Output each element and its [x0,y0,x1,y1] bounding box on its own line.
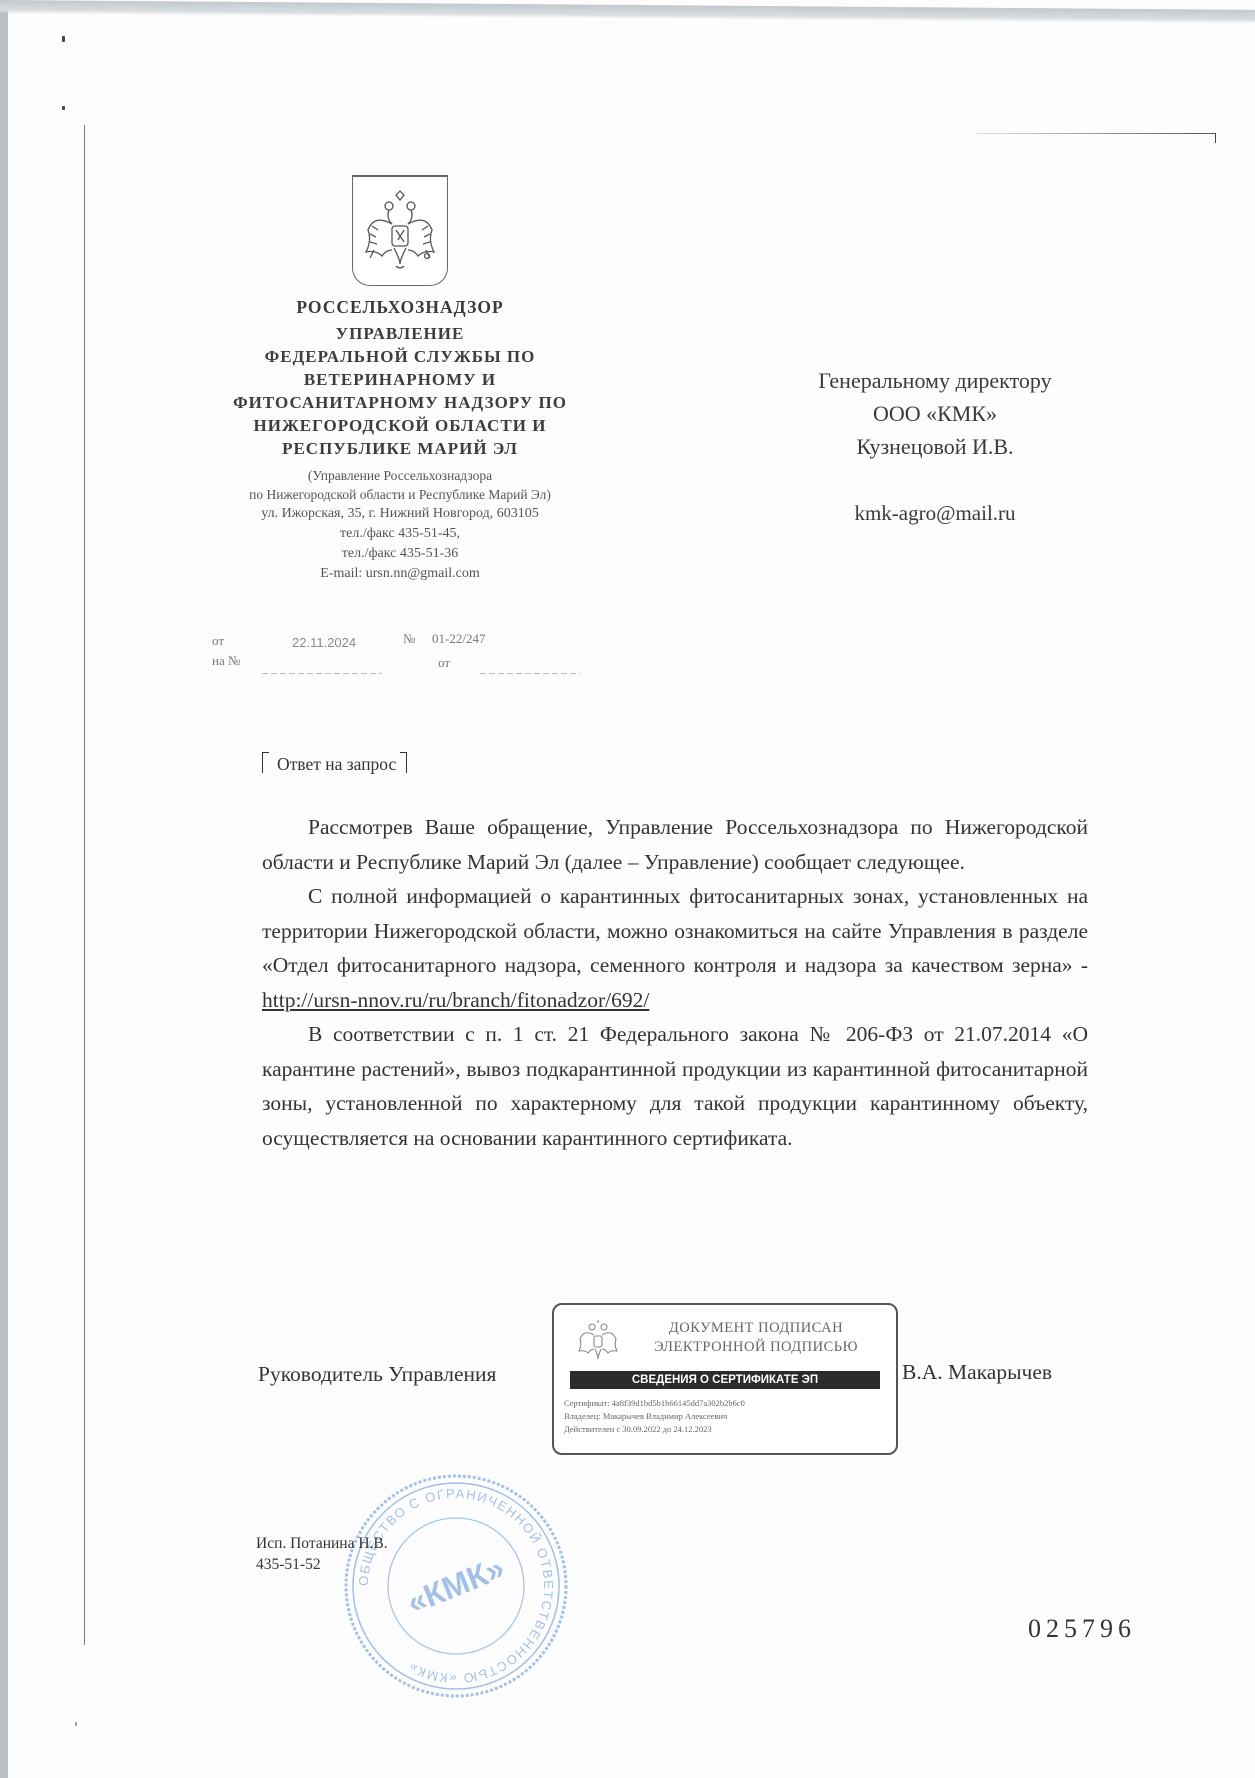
reg-date: 22.11.2024 [292,635,356,650]
department-name: УПРАВЛЕНИЕ ФЕДЕРАЛЬНОЙ СЛУЖБЫ ПО ВЕТЕРИН… [195,322,605,460]
signatory-name: В.А. Макарычев [902,1360,1052,1385]
fitonadzor-link[interactable]: http://ursn-nnov.ru/ru/branch/fitonadzor… [262,988,649,1012]
electronic-signature-stamp: ДОКУМЕНТ ПОДПИСАН ЭЛЕКТРОННОЙ ПОДПИСЬЮ С… [552,1303,898,1455]
signatory-title: Руководитель Управления [258,1362,496,1387]
serial-number: 025796 [1028,1614,1136,1644]
body-paragraph: В соответствии с п. 1 ст. 21 Федеральног… [262,1017,1088,1155]
agency-name: РОССЕЛЬХОЗНАДЗОР [195,297,605,318]
scan-edge [0,0,8,1778]
short-name-line: (Управление Россельхознадзора [195,466,605,485]
department-line: УПРАВЛЕНИЕ [195,322,605,345]
subject-bracket-left [262,752,269,773]
reg-reply-label: на № [212,653,240,669]
short-name-line: по Нижегородской области и Республике Ма… [195,485,605,504]
esig-heading-line: ДОКУМЕНТ ПОДПИСАН [636,1319,876,1338]
reg-blank-line [262,673,382,674]
recipient-company: ООО «КМК» [770,397,1100,430]
recipient-block: Генеральному директору ООО «КМК» Кузнецо… [770,364,1100,530]
scan-edge-top [0,0,1255,24]
body-paragraph-text: С полной информацией о карантинных фитос… [262,884,1088,977]
department-line: НИЖЕГОРОДСКОЙ ОБЛАСТИ И [195,414,605,437]
letter-body: Рассмотрев Ваше обращение, Управление Ро… [262,810,1088,1155]
executor-block: Исп. Потанина Н.В. 435-51-52 [256,1533,388,1575]
scan-mark [62,106,65,110]
department-phone: тел./факс 435-51-36 [195,544,605,564]
frame-line [1215,133,1216,143]
recipient-position: Генеральному директору [770,364,1100,397]
recipient-email: kmk-agro@mail.ru [770,497,1100,530]
subject-bracket-right [400,752,407,773]
reg-number: 01-22/247 [432,631,485,647]
reg-number-label: № [403,631,415,647]
esig-owner: Владелец: Макарычев Владимир Алексеевич [564,1410,884,1423]
reg-blank-line [480,673,580,674]
esig-certificate: Сертификат: 4a8f39d1bd5b1b66145dd7a302b2… [564,1397,884,1410]
letter-subject: Ответ на запрос [262,752,407,775]
executor-phone: 435-51-52 [256,1554,388,1575]
department-line: РЕСПУБЛИКЕ МАРИЙ ЭЛ [195,437,605,460]
letterhead: РОССЕЛЬХОЗНАДЗОР УПРАВЛЕНИЕ ФЕДЕРАЛЬНОЙ … [195,297,605,584]
scan-mark [62,36,65,42]
russian-coat-of-arms-icon [360,186,440,276]
esig-heading: ДОКУМЕНТ ПОДПИСАН ЭЛЕКТРОННОЙ ПОДПИСЬЮ [636,1319,876,1357]
reg-from-label: от [212,633,224,649]
department-email: E-mail: ursn.nn@gmail.com [195,564,605,584]
frame-line [84,125,85,1645]
executor-name: Исп. Потанина Н.В. [256,1533,388,1554]
department-line: ФИТОСАНИТАРНОМУ НАДЗОРУ ПО [195,391,605,414]
scan-mark [75,1722,77,1726]
department-address: ул. Ижорская, 35, г. Нижний Новгород, 60… [195,504,605,524]
body-paragraph: С полной информацией о карантинных фитос… [262,879,1088,1017]
reg-reply-from-label: от [438,655,450,671]
recipient-name: Кузнецовой И.В. [770,430,1100,463]
company-seal-stamp: ОБЩЕСТВО С ОГРАНИЧЕННОЙ ОТВЕТСТВЕННОСТЬЮ… [340,1470,572,1702]
subject-text: Ответ на запрос [277,754,396,774]
department-short-name: (Управление Россельхознадзора по Нижегор… [195,466,605,504]
russian-coat-of-arms-icon [578,1319,618,1363]
esig-certificate-bar: СВЕДЕНИЯ О СЕРТИФИКАТЕ ЭП [570,1371,880,1389]
esig-details: Сертификат: 4a8f39d1bd5b1b66145dd7a302b2… [564,1397,884,1436]
coat-of-arms-emblem [352,175,448,286]
department-line: ВЕТЕРИНАРНОМУ И [195,368,605,391]
department-line: ФЕДЕРАЛЬНОЙ СЛУЖБЫ ПО [195,345,605,368]
esig-heading-line: ЭЛЕКТРОННОЙ ПОДПИСЬЮ [636,1338,876,1357]
esig-validity: Действителен с 30.09.2022 до 24.12.2023 [564,1423,884,1436]
stamp-center-text: «КМК» [402,1549,509,1620]
department-phone: тел./факс 435-51-45, [195,524,605,544]
body-paragraph: Рассмотрев Ваше обращение, Управление Ро… [262,810,1088,879]
frame-line [975,133,1215,134]
